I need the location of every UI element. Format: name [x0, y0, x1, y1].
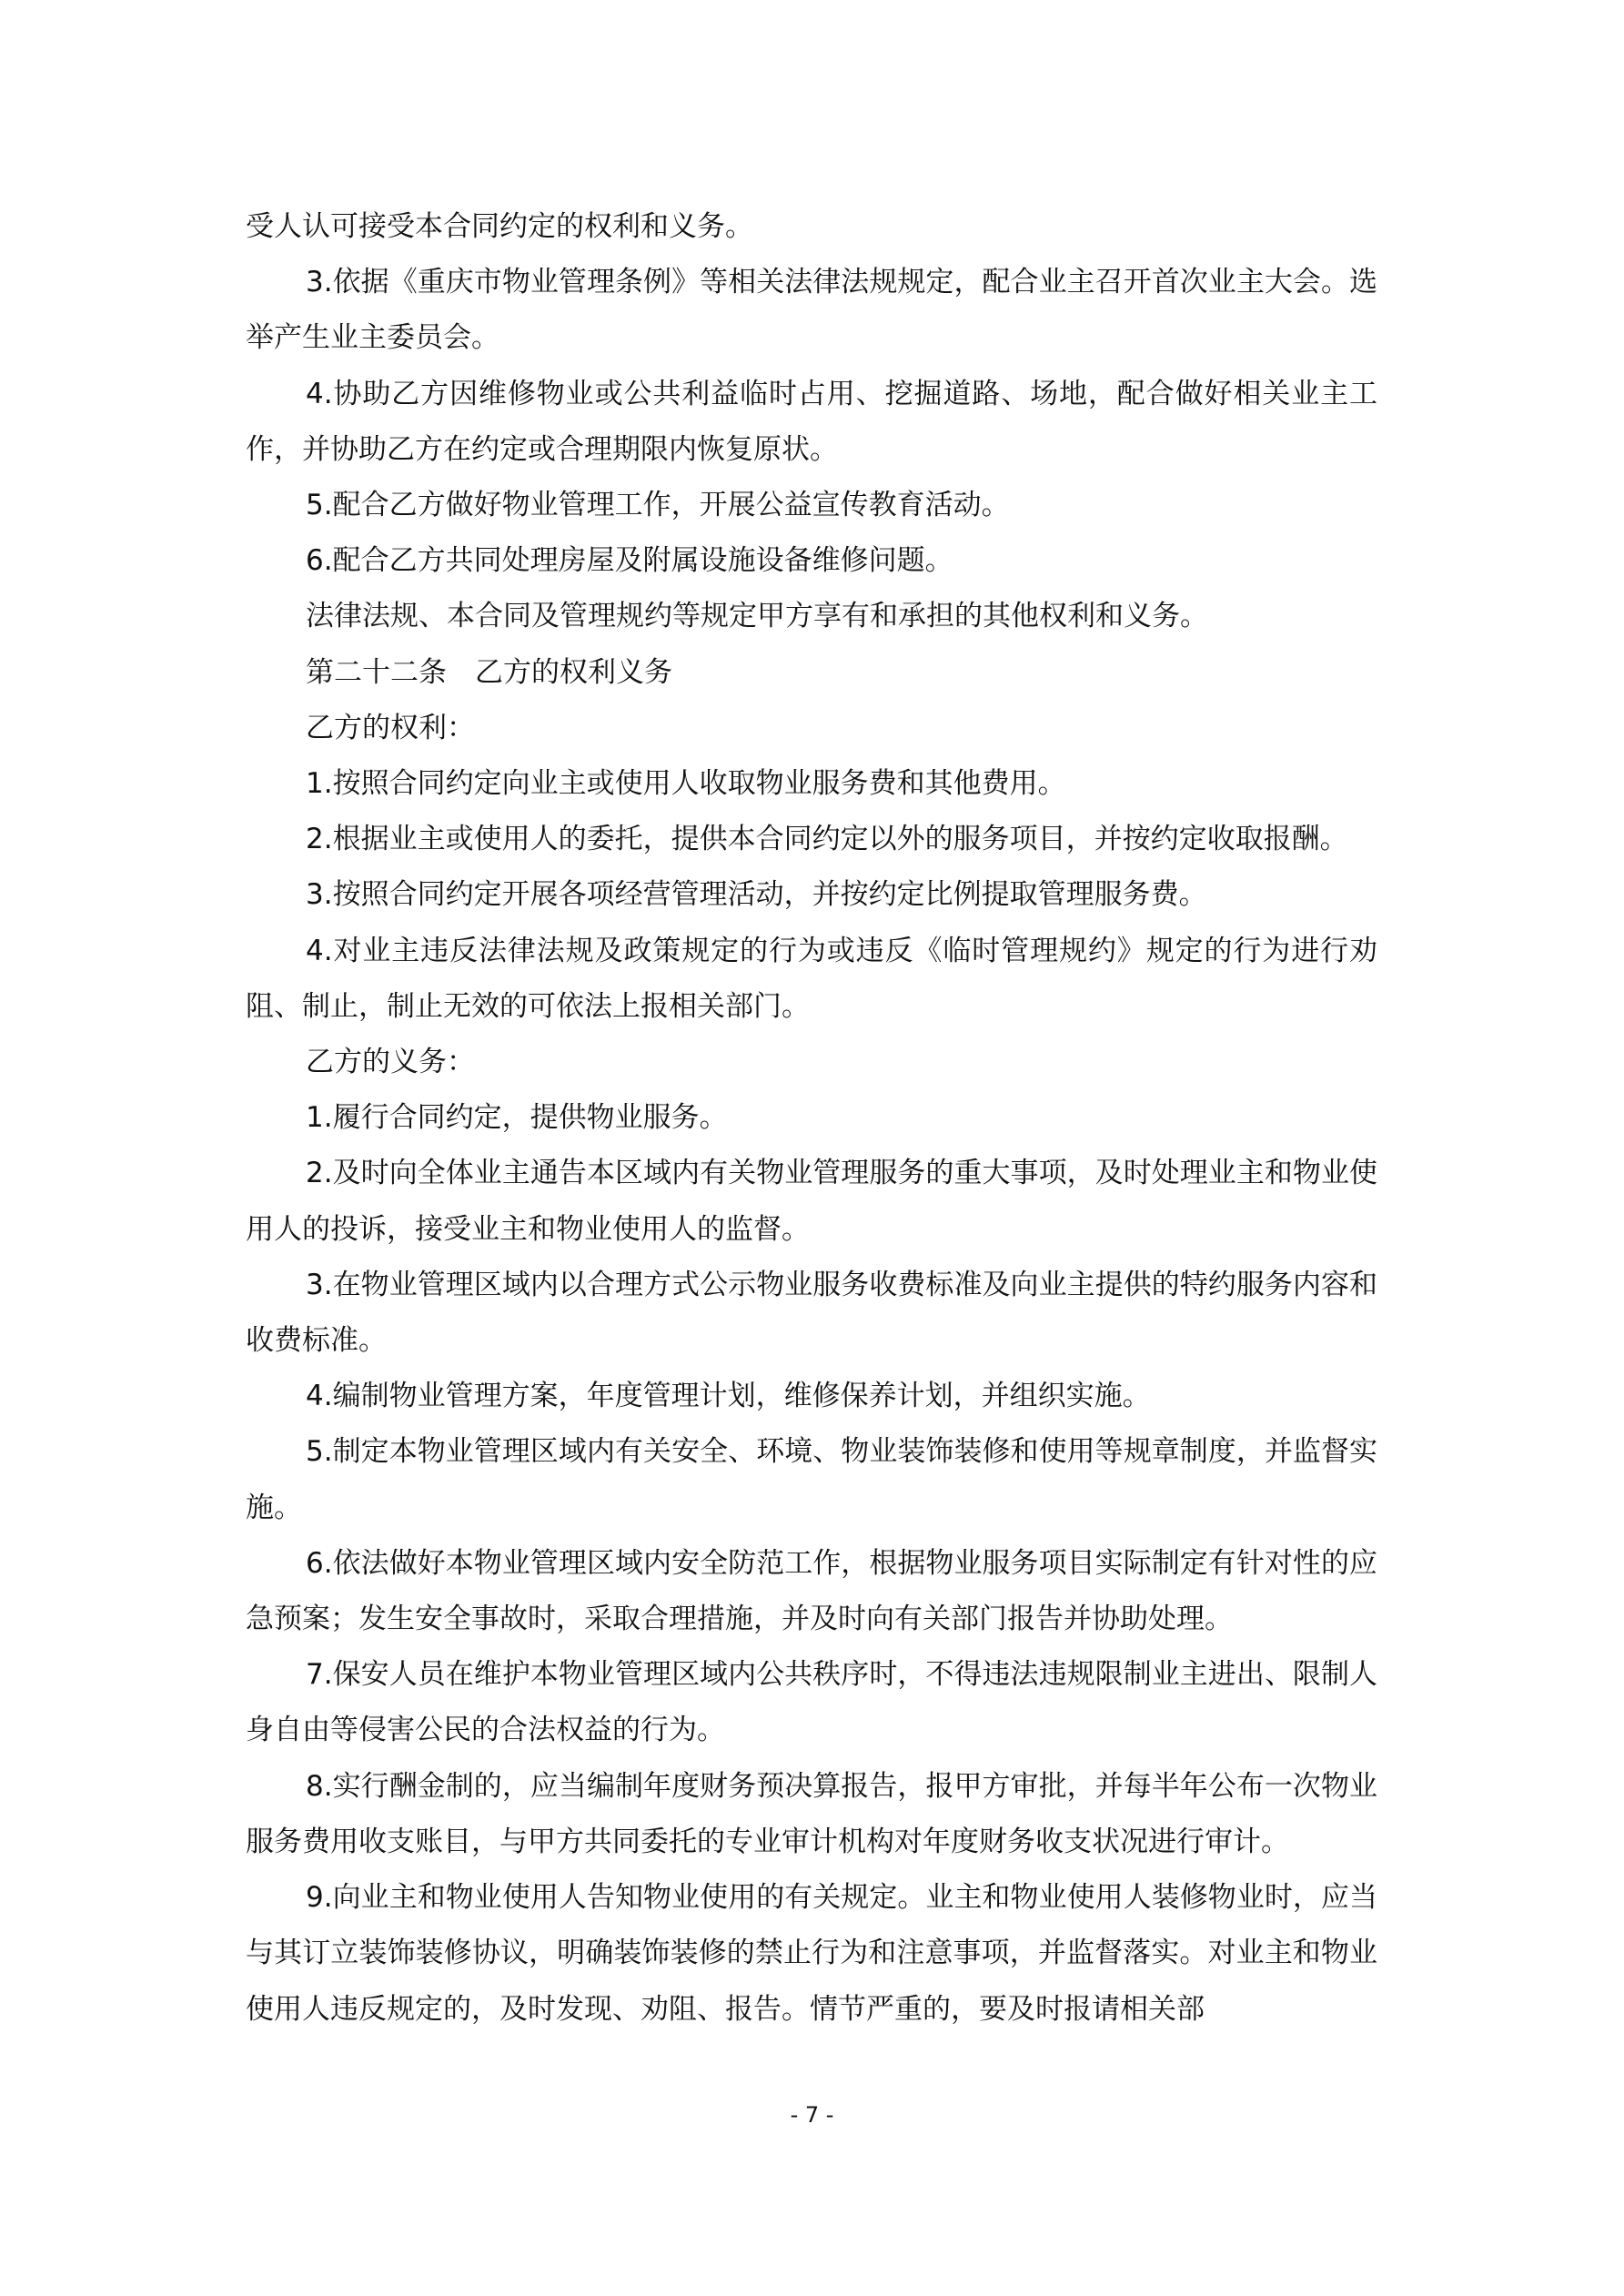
obligations-item-3: 3.在物业管理区域内以合理方式公示物业服务收费标准及向业主提供的特约服务内容和收… — [246, 1258, 1377, 1369]
obligations-item-6: 6.依法做好本物业管理区域内安全防范工作，根据物业服务项目实际制定有针对性的应急… — [246, 1536, 1377, 1647]
article-heading: 第二十二条 乙方的权利义务 — [246, 645, 1377, 701]
obligations-item-4: 4.编制物业管理方案，年度管理计划，维修保养计划，并组织实施。 — [246, 1369, 1377, 1424]
obligations-item-2: 2.及时向全体业主通告本区域内有关物业管理服务的重大事项，及时处理业主和物业使用… — [246, 1146, 1377, 1257]
rights-item-1: 1.按照合同约定向业主或使用人收取物业服务费和其他费用。 — [246, 756, 1377, 812]
obligations-item-7: 7.保安人员在维护本物业管理区域内公共秩序时，不得违法违规限制业主进出、限制人身… — [246, 1647, 1377, 1758]
rights-item-2: 2.根据业主或使用人的委托，提供本合同约定以外的服务项目，并按约定收取报酬。 — [246, 812, 1377, 867]
rights-item-3: 3.按照合同约定开展各项经营管理活动，并按约定比例提取管理服务费。 — [246, 867, 1377, 923]
paragraph-item-6-first-party: 6.配合乙方共同处理房屋及附属设施设备维修问题。 — [246, 533, 1377, 589]
section-heading-obligations: 乙方的义务： — [246, 1035, 1377, 1090]
obligations-item-8: 8.实行酬金制的，应当编制年度财务预决算报告，报甲方审批，并每半年公布一次物业服… — [246, 1759, 1377, 1870]
paragraph-item-4-first-party: 4.协助乙方因维修物业或公共利益临时占用、挖掘道路、场地，配合做好相关业主工作，… — [246, 367, 1377, 478]
document-body: 受人认可接受本合同约定的权利和义务。 3.依据《重庆市物业管理条例》等相关法律法… — [246, 199, 1377, 2038]
paragraph-item-3-first-party: 3.依据《重庆市物业管理条例》等相关法律法规规定，配合业主召开首次业主大会。选举… — [246, 255, 1377, 366]
paragraph-other-rights: 法律法规、本合同及管理规约等规定甲方享有和承担的其他权利和义务。 — [246, 589, 1377, 644]
paragraph-item-5-first-party: 5.配合乙方做好物业管理工作，开展公益宣传教育活动。 — [246, 478, 1377, 533]
page-number: - 7 - — [0, 2102, 1624, 2128]
obligations-item-9: 9.向业主和物业使用人告知物业使用的有关规定。业主和物业使用人装修物业时，应当与… — [246, 1870, 1377, 2038]
paragraph-continuation: 受人认可接受本合同约定的权利和义务。 — [246, 199, 1377, 255]
obligations-item-1: 1.履行合同约定，提供物业服务。 — [246, 1090, 1377, 1146]
section-heading-rights: 乙方的权利： — [246, 701, 1377, 756]
rights-item-4: 4.对业主违反法律法规及政策规定的行为或违反《临时管理规约》规定的行为进行劝阻、… — [246, 924, 1377, 1035]
obligations-item-5: 5.制定本物业管理区域内有关安全、环境、物业装饰装修和使用等规章制度，并监督实施… — [246, 1424, 1377, 1535]
